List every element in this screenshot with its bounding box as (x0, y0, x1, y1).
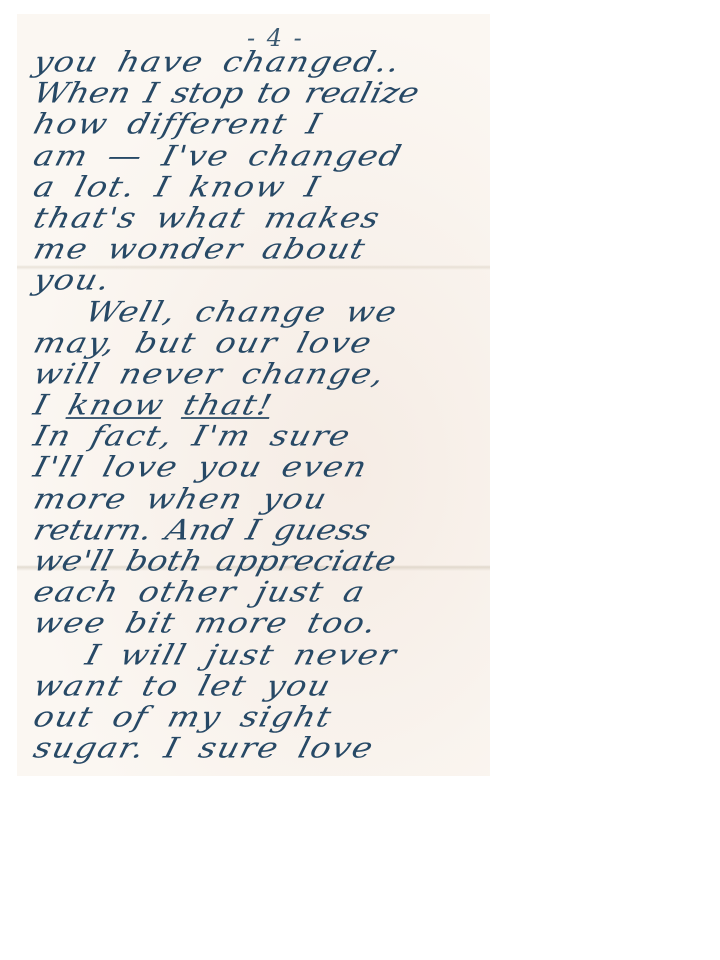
text-line: Well, change we (31, 298, 498, 325)
text-line: each other just a (31, 579, 498, 606)
text-line: I will just never (31, 641, 498, 668)
text-line-underlined: I know that! (31, 391, 498, 418)
text-line: you. (31, 267, 498, 294)
text-line: we'll both appreciate (31, 547, 498, 574)
text-line: sugar. I sure love (31, 734, 498, 761)
text-line: that's what makes (31, 204, 498, 231)
text-line: you have changed.. (31, 48, 498, 75)
text-line: will never change, (31, 360, 498, 387)
text-line: am — I've changed (31, 142, 498, 169)
text-line: more when you (31, 485, 498, 512)
letter-page: - 4 - you have changed.. When I stop to … (17, 14, 490, 776)
text-line: I'll love you even (31, 454, 498, 481)
text-line: When I stop to realize (31, 80, 498, 107)
text-line: out of my sight (31, 703, 498, 730)
text-line: may, but our love (31, 329, 498, 356)
text-line: return. And I guess (31, 516, 498, 543)
text-line: how different I (31, 111, 498, 138)
underlined-word: know (65, 388, 169, 422)
underlined-word: that! (180, 388, 277, 422)
text-line: want to let you (31, 672, 498, 699)
handwritten-text: you have changed.. When I stop to realiz… (31, 44, 491, 761)
text-line: wee bit more too. (31, 610, 498, 637)
text-line: a lot. I know I (31, 173, 498, 200)
text-line: me wonder about (31, 235, 498, 262)
text-line: In fact, I'm sure (31, 423, 498, 450)
